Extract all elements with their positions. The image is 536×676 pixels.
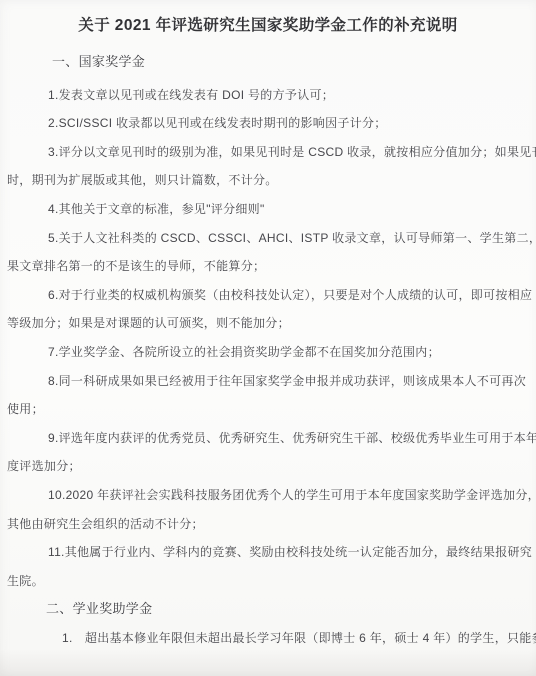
paragraph-continuation-line: 等级加分；如果是对课题的认可颁奖，则不能加分；: [7, 309, 520, 338]
paragraph-line: 11.其他属于行业内、学科内的竞赛、奖励由校科技处统一认定能否加分，最终结果报研…: [7, 538, 520, 567]
paragraph-line: 6.对于行业类的权威机构颁奖（由校科技处认定），只要是对个人成绩的认可，即可按相…: [7, 281, 520, 310]
scanned-document-page: 关于 2021 年评选研究生国家奖助学金工作的补充说明 一、国家奖学金1.发表文…: [0, 0, 536, 676]
paragraph-line: 2.SCI/SSCI 收录都以见刊或在线发表时期刊的影响因子计分；: [7, 109, 520, 138]
paragraph-continuation-line: 时，期刊为扩展版或其他，则只计篇数，不计分。: [7, 166, 520, 195]
paragraph-line: 7.学业奖学金、各院所设立的社会捐资奖助学金都不在国奖加分范围内；: [7, 338, 520, 367]
paragraph-line: 4.其他关于文章的标准，参见"评分细则": [7, 195, 520, 224]
section-heading: 二、学业奖助学金: [7, 595, 520, 624]
paragraph-line: 10.2020 年获评社会实践科技服务团优秀个人的学生可用于本年度国家奖助学金评…: [7, 481, 520, 510]
paragraph-continuation-line: 生院。: [7, 567, 520, 596]
paragraph-continuation-line: 其他由研究生会组织的活动不计分；: [7, 510, 520, 539]
paragraph-line: 9.评选年度内获评的优秀党员、优秀研究生、优秀研究生干部、校级优秀毕业生可用于本…: [7, 424, 520, 453]
paragraph-continuation-line: 度评选加分；: [7, 452, 520, 481]
paragraph-continuation-line: 果文章排名第一的不是该生的导师，不能算分；: [7, 252, 520, 281]
paragraph-line: 8.同一科研成果如果已经被用于往年国家奖学金申报并成功获评，则该成果本人不可再次: [7, 367, 520, 396]
paragraph-line: 1. 超出基本修业年限但未超出最长学习年限（即博士 6 年，硕士 4 年）的学生…: [7, 624, 520, 653]
paragraph-continuation-line: 使用；: [7, 395, 520, 424]
paragraph-line: 3.评分以文章见刊时的级别为准，如果见刊时是 CSCD 收录，就按相应分值加分；…: [7, 138, 520, 167]
paragraph-line: 1.发表文章以见刊或在线发表有 DOI 号的方予认可；: [7, 81, 520, 110]
document-body: 一、国家奖学金1.发表文章以见刊或在线发表有 DOI 号的方予认可；2.SCI/…: [7, 48, 520, 652]
document-title: 关于 2021 年评选研究生国家奖助学金工作的补充说明: [0, 14, 536, 38]
section-heading: 一、国家奖学金: [7, 48, 520, 77]
paragraph-line: 5.关于人文社科类的 CSCD、CSSCI、AHCI、ISTP 收录文章，认可导…: [7, 224, 520, 253]
